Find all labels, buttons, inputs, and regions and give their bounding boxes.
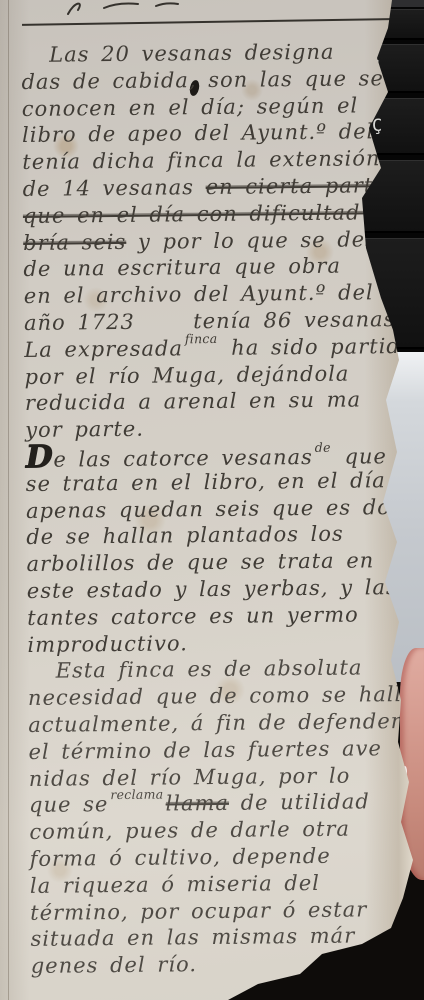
text-segment: genes del río.	[31, 952, 197, 978]
photographed-manuscript-scene: ] Ç Las 20 vesanas designadas de cabida,…	[0, 0, 424, 1000]
struck-text: bría seis	[23, 229, 126, 254]
cutoff-handwriting-strokes	[64, 0, 204, 18]
manuscript-line: forma ó cultivo, depende	[30, 842, 404, 873]
text-segment: arbolillos de que se trata en	[26, 548, 374, 576]
handwritten-text: Las 20 vesanas designadas de cabida, son…	[21, 38, 405, 980]
manuscript-line: por el río Muga, dejándola	[24, 360, 398, 391]
manuscript-line: libro de apeo del Ayunt.º del 1779	[22, 118, 396, 149]
text-segment: libro de apeo del Ayunt.º del 1779	[22, 119, 424, 147]
text-segment: común, pues de darle otra	[29, 817, 350, 844]
text-segment: tenía dicha finca la extensión	[22, 146, 380, 174]
text-segment: conocen en el día; según el	[22, 93, 359, 121]
struck-text: que en el día con dificultad ha	[23, 200, 400, 228]
text-segment: de 14 vesanas	[23, 175, 206, 201]
manuscript-line: arbolillos de que se trata en	[26, 547, 400, 578]
text-segment: se trata en el libro, en el día	[26, 468, 386, 496]
manuscript-line: nidas del río Muga, por lo	[29, 762, 403, 793]
manuscript-line: tenía dicha finca la extensión	[22, 145, 396, 176]
text-segment: de utilidad	[229, 790, 370, 815]
manuscript-line: bría seis y por lo que se despren	[23, 226, 397, 257]
manuscript-line: improductivo.	[27, 628, 401, 659]
manuscript-line: el término de las fuertes ave	[28, 735, 402, 766]
manuscript-line: de 14 vesanas en cierta parte	[23, 172, 397, 203]
manuscript-line: de se hallan plantados los	[26, 520, 400, 551]
manuscript-line: se trata en el libro, en el día	[26, 467, 400, 498]
manuscript-line: apenas quedan seis que es don	[26, 494, 400, 525]
manuscript-line: Esta finca es de absoluta	[28, 654, 402, 685]
manuscript-line: actualmente, á fin de defender	[28, 708, 402, 739]
manuscript-line: de una escritura que obra	[23, 252, 397, 283]
text-segment: ha sido partida	[219, 334, 414, 360]
manuscript-line: común, pues de darle otra	[29, 815, 403, 846]
text-segment: de se hallan plantados los	[26, 522, 344, 549]
inserted-text: de	[315, 435, 331, 462]
manuscript-line: necesidad que de como se halla	[28, 681, 402, 712]
text-segment: este estado y las yerbas, y las res	[27, 575, 424, 603]
text-segment: Esta finca es de absoluta	[56, 656, 363, 683]
text-segment: tantes catorce es un yermo	[27, 602, 359, 629]
manuscript-line: Las 20 vesanas designa	[21, 38, 395, 69]
manuscript-line: en el archivo del Ayunt.º del	[24, 279, 398, 310]
text-segment: que	[333, 444, 387, 469]
text-segment: das de cabida, son las que se	[21, 66, 384, 94]
text-segment: nidas del río Muga, por lo	[29, 763, 351, 790]
manuscript-line: situada en las mismas már	[30, 922, 404, 953]
struck-text: en cierta parte	[206, 173, 387, 199]
manuscript-line: este estado y las yerbas, y las res	[27, 574, 401, 605]
text-segment: situada en las mismas már	[30, 924, 355, 951]
manuscript-line: reducida a arenal en su ma	[25, 386, 399, 417]
text-segment: por el río Muga, dejándola	[24, 361, 349, 388]
inserted-text: reclama	[110, 782, 164, 809]
text-segment: apenas quedan seis que es don	[26, 495, 406, 523]
fold-line	[8, 0, 9, 1000]
manuscript-line: conocen en el día; según el	[22, 92, 396, 123]
manuscript-line: la riqueza ó miseria del	[30, 869, 404, 900]
manuscript-line: De las catorce vesanasde que	[25, 440, 399, 471]
text-segment: La expresada	[24, 336, 183, 362]
manuscript-line: que en el día con dificultad ha	[23, 199, 397, 230]
manuscript-line: genes del río.	[31, 949, 405, 980]
text-segment: el término de las fuertes ave	[28, 736, 382, 764]
text-segment: Las 20 vesanas designa	[49, 40, 335, 67]
text-segment: término, por ocupar ó estar	[30, 897, 367, 925]
ornate-initial: D	[25, 439, 53, 475]
inserted-text: finca	[185, 326, 218, 353]
manuscript-line: das de cabida, son las que se	[21, 65, 395, 96]
ruled-line	[22, 18, 390, 26]
text-segment: la riqueza ó miseria del	[30, 871, 320, 898]
text-segment: improductivo.	[27, 631, 188, 657]
text-segment: actualmente, á fin de defender	[28, 709, 402, 737]
manuscript-line: tantes catorce es un yermo	[27, 601, 401, 632]
text-segment: forma ó cultivo, depende	[30, 844, 331, 871]
manuscript-line: La expresadafinca ha sido partida	[24, 333, 398, 364]
manuscript-line: yor parte.	[25, 413, 399, 444]
text-segment: de una escritura que obra	[23, 254, 341, 281]
text-segment: en el archivo del Ayunt.º del	[24, 280, 374, 308]
struck-text: llama	[165, 791, 229, 816]
manuscript-page: Las 20 vesanas designadas de cabida, son…	[0, 0, 424, 1000]
manuscript-line: que sereclamallama de utilidad	[29, 788, 403, 819]
text-segment: reducida a arenal en su ma	[25, 388, 361, 416]
text-segment: necesidad que de como se halla	[28, 682, 416, 710]
manuscript-line: término, por ocupar ó estar	[30, 896, 404, 927]
text-segment: que se	[29, 792, 109, 817]
